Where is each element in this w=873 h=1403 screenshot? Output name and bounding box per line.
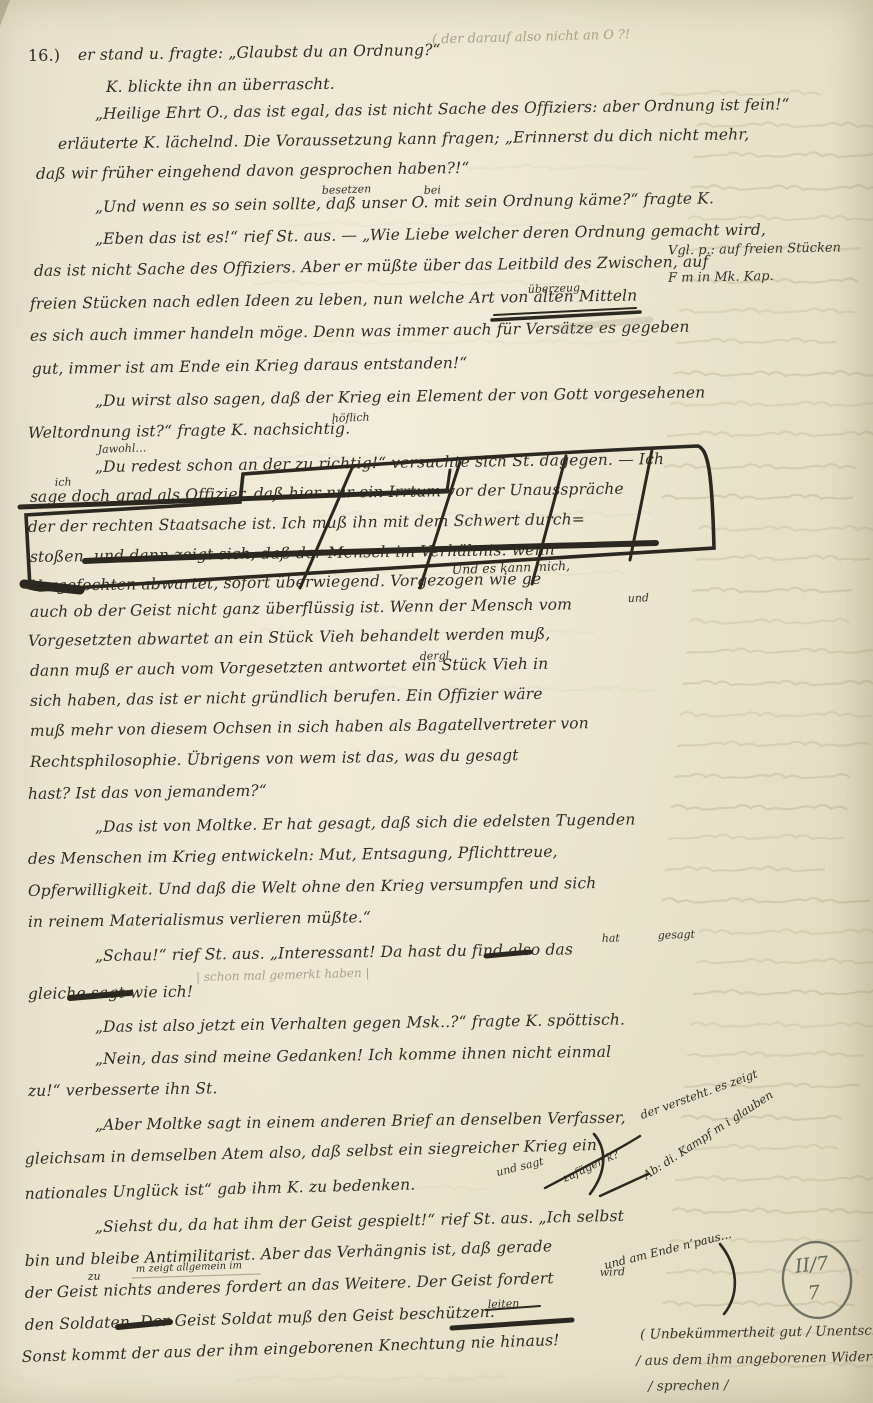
interlinear-insert: zu xyxy=(88,1270,101,1283)
interlinear-insert: leiten xyxy=(488,1297,520,1311)
manuscript-line: das ist nicht Sache des Offiziers. Aber … xyxy=(34,253,709,280)
margin-note-line2: F m in Mk. Kap. xyxy=(668,269,774,286)
manuscript-line: „Du wirst also sagen, daß der Krieg ein … xyxy=(95,383,706,410)
interlinear-insert: höflich xyxy=(332,411,370,425)
interlinear-insert: und sagt xyxy=(495,1155,545,1179)
bottom-note-line: / sprechen / xyxy=(648,1377,729,1394)
interlinear-insert: ich xyxy=(55,475,72,489)
manuscript-line: es sich auch immer handeln möge. Denn wa… xyxy=(30,318,690,345)
interlinear-insert: Jawohl… xyxy=(98,441,147,456)
manuscript-line: erläuterte K. lächelnd. Die Voraussetzun… xyxy=(58,125,750,153)
manuscript-line: gut, immer ist am Ende ein Krieg daraus … xyxy=(32,354,468,378)
manuscript-line: hast? Ist das von jemandem?“ xyxy=(28,782,267,803)
manuscript-line: der der rechten Staatsache ist. Ich muß … xyxy=(28,510,585,536)
revision-annotation: und am Ende n’paus… xyxy=(603,1227,733,1272)
manuscript-line: „Das ist von Moltke. Er hat gesagt, daß … xyxy=(95,810,636,836)
manuscript-line: des Menschen im Krieg entwickeln: Mut, E… xyxy=(28,843,558,868)
manuscript-line: „Schau!“ rief St. aus. „Interessant! Da … xyxy=(95,940,573,965)
interlinear-insert: besetzen xyxy=(322,182,372,197)
manuscript-line: auch ob der Geist nicht ganz überflüssig… xyxy=(30,595,572,621)
manuscript-line: er stand u. fragte: „Glaubst du an Ordnu… xyxy=(78,41,441,64)
manuscript-line: gleiche sagt wie ich! xyxy=(28,983,194,1003)
manuscript-line: „Das ist also jetzt ein Verhalten gegen … xyxy=(95,1011,625,1036)
manuscript-line: „Nein, das sind meine Gedanken! Ich komm… xyxy=(95,1043,612,1068)
manuscript-line: Rechtsphilosophie. Übrigens von wem ist … xyxy=(30,746,519,771)
interlinear-insert: m zeigt allgemein im xyxy=(136,1260,243,1275)
interlinear-insert: dergl xyxy=(420,649,450,663)
manuscript-line: „Und wenn es so sein sollte, daß unser O… xyxy=(95,189,714,216)
page-number: 16.) xyxy=(28,46,61,65)
manuscript-line: Opferwilligkeit. Und daß die Welt ohne d… xyxy=(28,874,597,900)
manuscript-line: muß mehr von diesem Ochsen in sich haben… xyxy=(30,714,589,740)
archive-mark-number: 7 xyxy=(807,1281,821,1304)
manuscript-line: daß wir früher eingehend davon gesproche… xyxy=(36,159,470,183)
manuscript-line: Weltordnung ist?“ fragte K. nachsichtig. xyxy=(28,420,351,442)
interlinear-insert: und xyxy=(628,591,650,605)
manuscript-line: bin und bleibe Antimilitarist. Aber das … xyxy=(24,1237,552,1270)
manuscript-line: Sonst kommt der aus der ihm eingeborenen… xyxy=(21,1331,559,1366)
archive-mark-circle xyxy=(778,1238,856,1323)
manuscript-line: dann muß er auch vom Vorgesetzten antwor… xyxy=(30,655,549,680)
pencil-note-top: ( der darauf also nicht an O ?! xyxy=(432,27,631,47)
interlinear-insert: überzeug xyxy=(528,281,581,296)
interlinear-insert: hat xyxy=(602,931,621,945)
bottom-note-line: / aus dem ihm angeborenen Wider- xyxy=(636,1349,873,1369)
manuscript-line: nationales Unglück ist“ gab ihm K. zu be… xyxy=(25,1175,416,1203)
margin-note-line1: Vgl. p.: auf freien Stücken xyxy=(668,240,841,258)
manuscript-line: in reinem Materialismus verlieren müßte.… xyxy=(28,908,371,931)
manuscript-line: „Du redest schon an der zu richtig!“ ver… xyxy=(95,450,664,476)
manuscript-line: „Aber Moltke sagt in einem anderen Brief… xyxy=(95,1109,626,1134)
manuscript-line: „Eben das ist es!“ rief St. aus. — „Wie … xyxy=(95,221,766,248)
scan-corner-shadow xyxy=(0,0,10,26)
manuscript-line: Vorgesetzten abwartet an ein Stück Vieh … xyxy=(28,625,551,650)
archive-mark-top: II/7 xyxy=(794,1252,830,1277)
manuscript-line: sage doch grad als Offizier, daß hier nu… xyxy=(30,480,624,506)
manuscript-page: 16.) er stand u. fragte: „Glaubst du an … xyxy=(0,0,873,1403)
manuscript-line: zu!“ verbesserte ihn St. xyxy=(28,1079,218,1100)
pencil-note-mid: | schon mal gemerkt haben | xyxy=(196,966,370,985)
interlinear-insert: bei xyxy=(424,183,442,197)
bottom-note-line: ( Unbekümmertheit gut / Unentschlossenhe… xyxy=(640,1321,873,1343)
manuscript-line: „Siehst du, da hat ihm der Geist gespiel… xyxy=(95,1207,625,1236)
manuscript-line: „Heilige Ehrt O., das ist egal, das ist … xyxy=(95,95,790,123)
manuscript-line: sich haben, das ist er nicht gründlich b… xyxy=(30,685,543,710)
interlinear-insert: gesagt xyxy=(658,928,696,942)
manuscript-line: der Geist nichts anderes fordert an das … xyxy=(24,1269,553,1302)
manuscript-line: K. blickte ihn an überrascht. xyxy=(106,75,335,96)
interlinear-insert: Und es kann mich, xyxy=(451,558,570,577)
manuscript-line: den Soldaten. Der Geist Soldat muß den G… xyxy=(24,1303,495,1334)
